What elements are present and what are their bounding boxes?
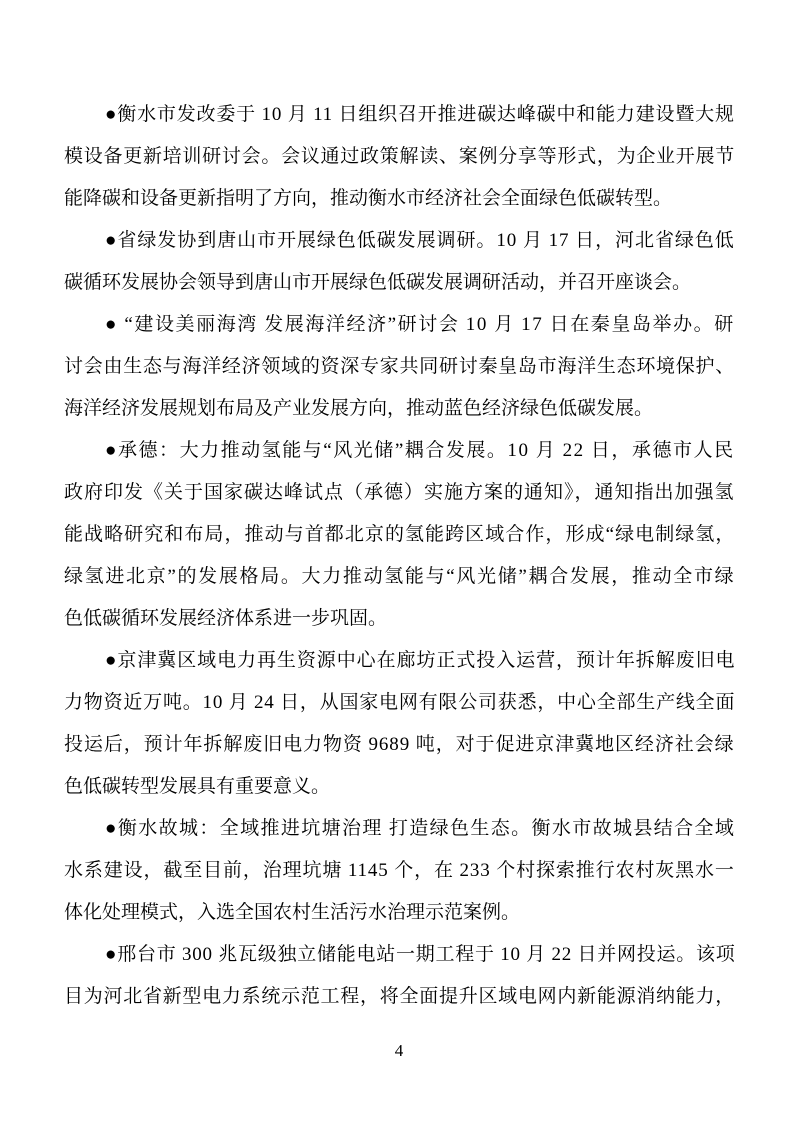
document-line: 模设备更新培训研讨会。会议通过政策解读、案例分享等形式，为企业开展节 <box>64 136 735 178</box>
document-line: 色低碳循环发展经济体系进一步巩固。 <box>64 598 735 640</box>
document-line-text: 体化处理模式，入选全国农村生活污水治理示范案例。 <box>64 902 520 923</box>
document-line: ●邢台市 300 兆瓦级独立储能电站一期工程于 10 月 22 日并网投运。该项 <box>64 934 735 976</box>
document-line: 能降碳和设备更新指明了方向，推动衡水市经济社会全面绿色低碳转型。 <box>64 178 735 220</box>
page-number: 4 <box>0 1041 798 1061</box>
document-line: 色低碳转型发展具有重要意义。 <box>64 766 735 808</box>
document-line-text: 投运后，预计年拆解废旧电力物资 9689 吨，对于促进京津冀地区经济社会绿 <box>64 734 735 755</box>
document-line: ●京津冀区域电力再生资源中心在廊坊正式投入运营，预计年拆解废旧电 <box>64 640 735 682</box>
document-line: 力物资近万吨。10 月 24 日，从国家电网有限公司获悉，中心全部生产线全面 <box>64 682 735 724</box>
document-line: 目为河北省新型电力系统示范工程，将全面提升区域电网内新能源消纳能力， <box>64 976 735 1018</box>
document-line: 能战略研究和布局，推动与首都北京的氢能跨区域合作，形成“绿电制绿氢， <box>64 514 735 556</box>
document-line: 体化处理模式，入选全国农村生活污水治理示范案例。 <box>64 892 735 934</box>
document-line: ●衡水故城：全域推进坑塘治理 打造绿色生态。衡水市故城县结合全域 <box>64 808 735 850</box>
document-line-text: 能战略研究和布局，推动与首都北京的氢能跨区域合作，形成“绿电制绿氢， <box>64 524 735 545</box>
document-line-text: ●衡水故城：全域推进坑塘治理 打造绿色生态。衡水市故城县结合全域 <box>105 818 735 839</box>
document-line: 投运后，预计年拆解废旧电力物资 9689 吨，对于促进京津冀地区经济社会绿 <box>64 724 735 766</box>
document-line-text: 能降碳和设备更新指明了方向，推动衡水市经济社会全面绿色低碳转型。 <box>64 188 672 209</box>
document-line-text: ●承德：大力推动氢能与“风光储”耦合发展。10 月 22 日，承德市人民 <box>105 440 735 461</box>
document-line: 政府印发《关于国家碳达峰试点（承德）实施方案的通知》，通知指出加强氢 <box>64 472 735 514</box>
document-line: ● “建设美丽海湾 发展海洋经济”研讨会 10 月 17 日在秦皇岛举办。研 <box>64 304 735 346</box>
document-line-text: 海洋经济发展规划布局及产业发展方向，推动蓝色经济绿色低碳发展。 <box>64 398 653 419</box>
document-line-text: 目为河北省新型电力系统示范工程，将全面提升区域电网内新能源消纳能力， <box>64 986 735 1007</box>
document-line-text: ●衡水市发改委于 10 月 11 日组织召开推进碳达峰碳中和能力建设暨大规 <box>105 104 735 125</box>
document-line-text: 碳循环发展协会领导到唐山市开展绿色低碳发展调研活动，并召开座谈会。 <box>64 272 691 293</box>
document-line-text: 绿氢进北京”的发展格局。大力推动氢能与“风光储”耦合发展，推动全市绿 <box>64 566 735 587</box>
document-line: 绿氢进北京”的发展格局。大力推动氢能与“风光储”耦合发展，推动全市绿 <box>64 556 735 598</box>
document-line-text: 力物资近万吨。10 月 24 日，从国家电网有限公司获悉，中心全部生产线全面 <box>64 692 735 713</box>
document-line: ●省绿发协到唐山市开展绿色低碳发展调研。10 月 17 日，河北省绿色低 <box>64 220 735 262</box>
document-line-text: 水系建设，截至目前，治理坑塘 1145 个，在 233 个村探索推行农村灰黑水一 <box>64 860 735 881</box>
document-line: ●衡水市发改委于 10 月 11 日组织召开推进碳达峰碳中和能力建设暨大规 <box>64 94 735 136</box>
document-line-text: 色低碳循环发展经济体系进一步巩固。 <box>64 608 387 629</box>
document-line-text: ●京津冀区域电力再生资源中心在廊坊正式投入运营，预计年拆解废旧电 <box>105 650 735 671</box>
document-line-text: ● “建设美丽海湾 发展海洋经济”研讨会 10 月 17 日在秦皇岛举办。研 <box>105 314 735 335</box>
document-line-text: ●邢台市 300 兆瓦级独立储能电站一期工程于 10 月 22 日并网投运。该项 <box>105 944 735 965</box>
document-line-text: 政府印发《关于国家碳达峰试点（承德）实施方案的通知》，通知指出加强氢 <box>64 482 735 503</box>
document-line: 水系建设，截至目前，治理坑塘 1145 个，在 233 个村探索推行农村灰黑水一 <box>64 850 735 892</box>
document-line: 海洋经济发展规划布局及产业发展方向，推动蓝色经济绿色低碳发展。 <box>64 388 735 430</box>
document-page: ●衡水市发改委于 10 月 11 日组织召开推进碳达峰碳中和能力建设暨大规模设备… <box>0 0 798 1132</box>
document-line: ●承德：大力推动氢能与“风光储”耦合发展。10 月 22 日，承德市人民 <box>64 430 735 472</box>
document-line-text: 讨会由生态与海洋经济领域的资深专家共同研讨秦皇岛市海洋生态环境保护、 <box>64 356 735 377</box>
document-line-text: ●省绿发协到唐山市开展绿色低碳发展调研。10 月 17 日，河北省绿色低 <box>105 230 735 251</box>
document-line: 碳循环发展协会领导到唐山市开展绿色低碳发展调研活动，并召开座谈会。 <box>64 262 735 304</box>
document-body: ●衡水市发改委于 10 月 11 日组织召开推进碳达峰碳中和能力建设暨大规模设备… <box>64 94 735 1018</box>
document-line-text: 模设备更新培训研讨会。会议通过政策解读、案例分享等形式，为企业开展节 <box>64 146 735 167</box>
document-line-text: 色低碳转型发展具有重要意义。 <box>64 776 330 797</box>
document-line: 讨会由生态与海洋经济领域的资深专家共同研讨秦皇岛市海洋生态环境保护、 <box>64 346 735 388</box>
